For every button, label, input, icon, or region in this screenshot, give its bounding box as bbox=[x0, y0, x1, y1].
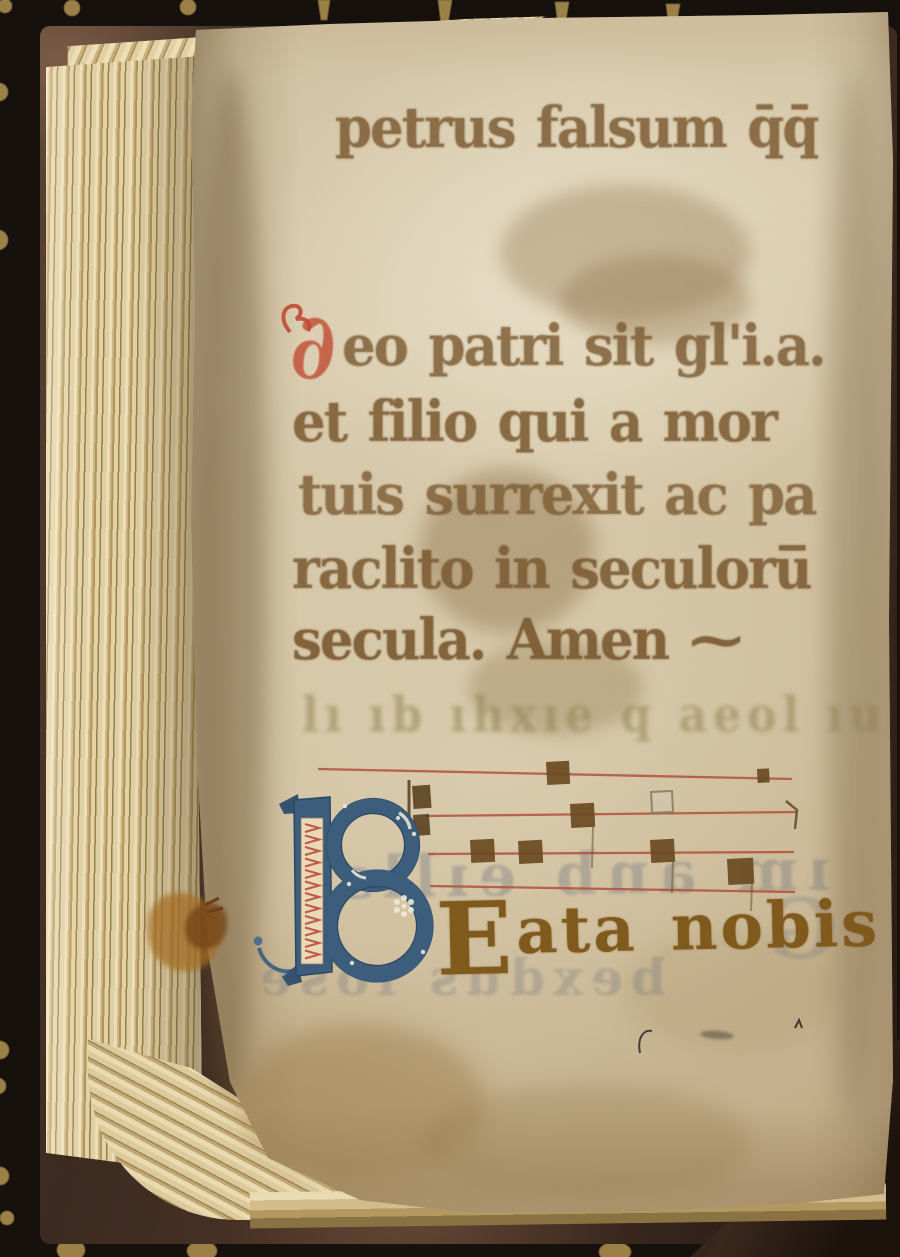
brass-stud-icon bbox=[0, 1211, 14, 1225]
hymn-line-text: secula. Amen ⁓ bbox=[292, 608, 741, 672]
hymn-line-text: eo patri sit gl'i.a. bbox=[342, 314, 825, 378]
rubric-initial-d: ∂ bbox=[290, 293, 336, 400]
hymn-line-text: tuis surrexit ac pa bbox=[298, 463, 816, 527]
brass-stud-icon bbox=[64, 0, 80, 16]
manuscript-photo: ım anb eılls bexdus ıose G lı ıb ıhxıe q… bbox=[0, 0, 900, 1257]
chant-lyric: Eata nobis bbox=[435, 885, 881, 984]
brass-stud-icon bbox=[0, 1078, 6, 1094]
brass-pin-icon bbox=[318, 0, 330, 20]
hymn-line: ∂eo patri sit gl'i.a. bbox=[290, 314, 342, 378]
brass-stud-icon bbox=[0, 0, 12, 13]
hymn-line-text: et filio qui a mor bbox=[292, 390, 776, 454]
brass-stud-icon bbox=[0, 230, 8, 250]
lyric-capital-e: E bbox=[435, 879, 518, 999]
brass-stud-icon bbox=[180, 0, 196, 15]
lyric-text: ata nobis bbox=[515, 886, 881, 969]
hymn-line-text: petrus falsum q̄q̄ bbox=[335, 96, 817, 160]
brass-stud-icon bbox=[0, 1167, 9, 1185]
brass-foot-icon bbox=[599, 1242, 631, 1257]
brass-stud-icon bbox=[0, 1041, 9, 1059]
erased-text-line: lı ıb ıhxıe q aeol ıu bbox=[302, 687, 887, 743]
page-edges-left bbox=[46, 56, 202, 1164]
brass-stud-icon bbox=[0, 83, 8, 101]
hymn-line-text: raclito in seculoru̅ bbox=[292, 537, 811, 601]
